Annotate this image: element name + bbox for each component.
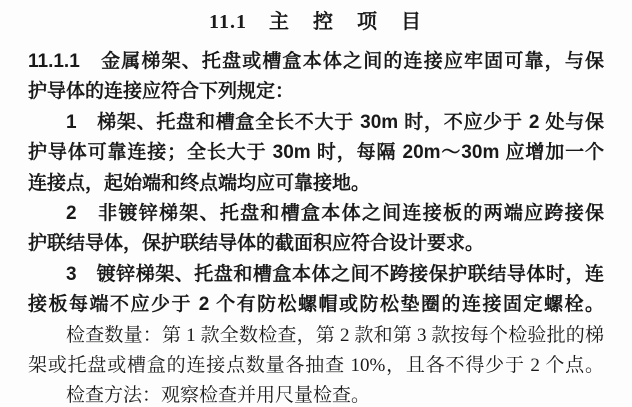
inspection-method-line-1: 检查方法：观察检查并用尺量检查。	[28, 381, 604, 407]
item-1-line-2: 护导体可靠连接；全长大于 30m 时，每隔 20m～30m 应增加一个	[28, 138, 604, 168]
inspection-quantity-line-1: 检查数量：第 1 款全数检查，第 2 款和第 3 款按每个检验批的梯	[28, 321, 604, 351]
item-3-line-1: 3 镀锌梯架、托盘和槽盒本体之间不跨接保护联结导体时，连	[28, 260, 604, 290]
document-page: 11.1主 控 项 目 11.1.1 金属梯架、托盘或槽盒本体之间的连接应牢固可…	[0, 0, 632, 407]
item-3-line-2: 接板每端不应少于 2 个有防松螺帽或防松垫圈的连接固定螺栓。	[28, 290, 604, 320]
clause-11-1-1-line-1: 11.1.1 金属梯架、托盘或槽盒本体之间的连接应牢固可靠，与保	[28, 47, 604, 77]
clause-body: 11.1.1 金属梯架、托盘或槽盒本体之间的连接应牢固可靠，与保 护导体的连接应…	[28, 47, 604, 407]
section-title: 主 控 项 目	[269, 11, 423, 33]
section-number: 11.1	[209, 11, 247, 33]
inspection-quantity-line-2: 架或托盘或槽盒的连接点数量各抽查 10%，且各不得少于 2 个点。	[28, 351, 604, 381]
section-heading: 11.1主 控 项 目	[28, 7, 604, 37]
item-1-line-3: 连接点，起始端和终点端均应可靠接地。	[28, 169, 604, 199]
item-1-line-1: 1 梯架、托盘和槽盒全长不大于 30m 时，不应少于 2 处与保	[28, 108, 604, 138]
item-2-line-2: 护联结导体，保护联结导体的截面积应符合设计要求。	[28, 229, 604, 259]
clause-11-1-1-line-2: 护导体的连接应符合下列规定：	[28, 77, 604, 107]
item-2-line-1: 2 非镀锌梯架、托盘和槽盒本体之间连接板的两端应跨接保	[28, 199, 604, 229]
